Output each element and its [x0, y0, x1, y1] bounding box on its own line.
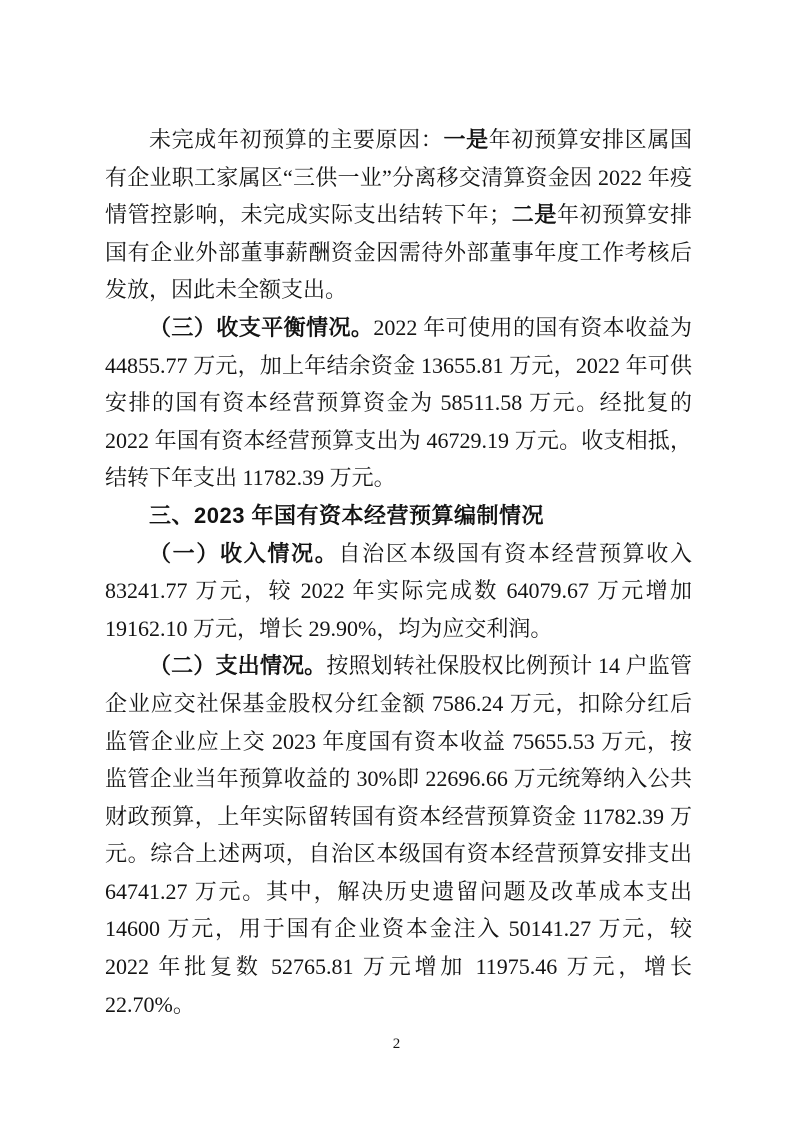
- text-run: 2022 年可使用的国有资本收益为 44855.77 万元，加上年结余资金 13…: [105, 315, 692, 490]
- bold-text-run: 一是: [443, 127, 488, 152]
- bold-text-run: 二是: [511, 202, 557, 227]
- paragraph-expenditure-situation: （二）支出情况。按照划转社保股权比例预计 14 户监管企业应交社保基金股权分红金…: [105, 647, 692, 1023]
- bold-text-run: 三、2023 年国有资本经营预算编制情况: [149, 503, 544, 528]
- paragraph-unfinished-budget-reasons: 未完成年初预算的主要原因：一是年初预算安排区属国有企业职工家属区“三供一业”分离…: [105, 121, 692, 309]
- bold-text-run: （一）收入情况。: [149, 541, 338, 566]
- heading-section-three: 三、2023 年国有资本经营预算编制情况: [105, 497, 692, 535]
- bold-text-run: （二）支出情况。: [149, 653, 326, 678]
- paragraph-balance-situation: （三）收支平衡情况。2022 年可使用的国有资本收益为 44855.77 万元，…: [105, 309, 692, 497]
- text-run: 未完成年初预算的主要原因：: [149, 127, 443, 152]
- text-run: 按照划转社保股权比例预计 14 户监管企业应交社保基金股权分红金额 7586.2…: [105, 653, 692, 1016]
- document-body: 未完成年初预算的主要原因：一是年初预算安排区属国有企业职工家属区“三供一业”分离…: [105, 121, 692, 1023]
- paragraph-income-situation: （一）收入情况。自治区本级国有资本经营预算收入 83241.77 万元，较 20…: [105, 535, 692, 648]
- bold-text-run: （三）收支平衡情况。: [149, 315, 373, 340]
- document-page: 未完成年初预算的主要原因：一是年初预算安排区属国有企业职工家属区“三供一业”分离…: [0, 0, 793, 1122]
- page-number: 2: [0, 1036, 793, 1053]
